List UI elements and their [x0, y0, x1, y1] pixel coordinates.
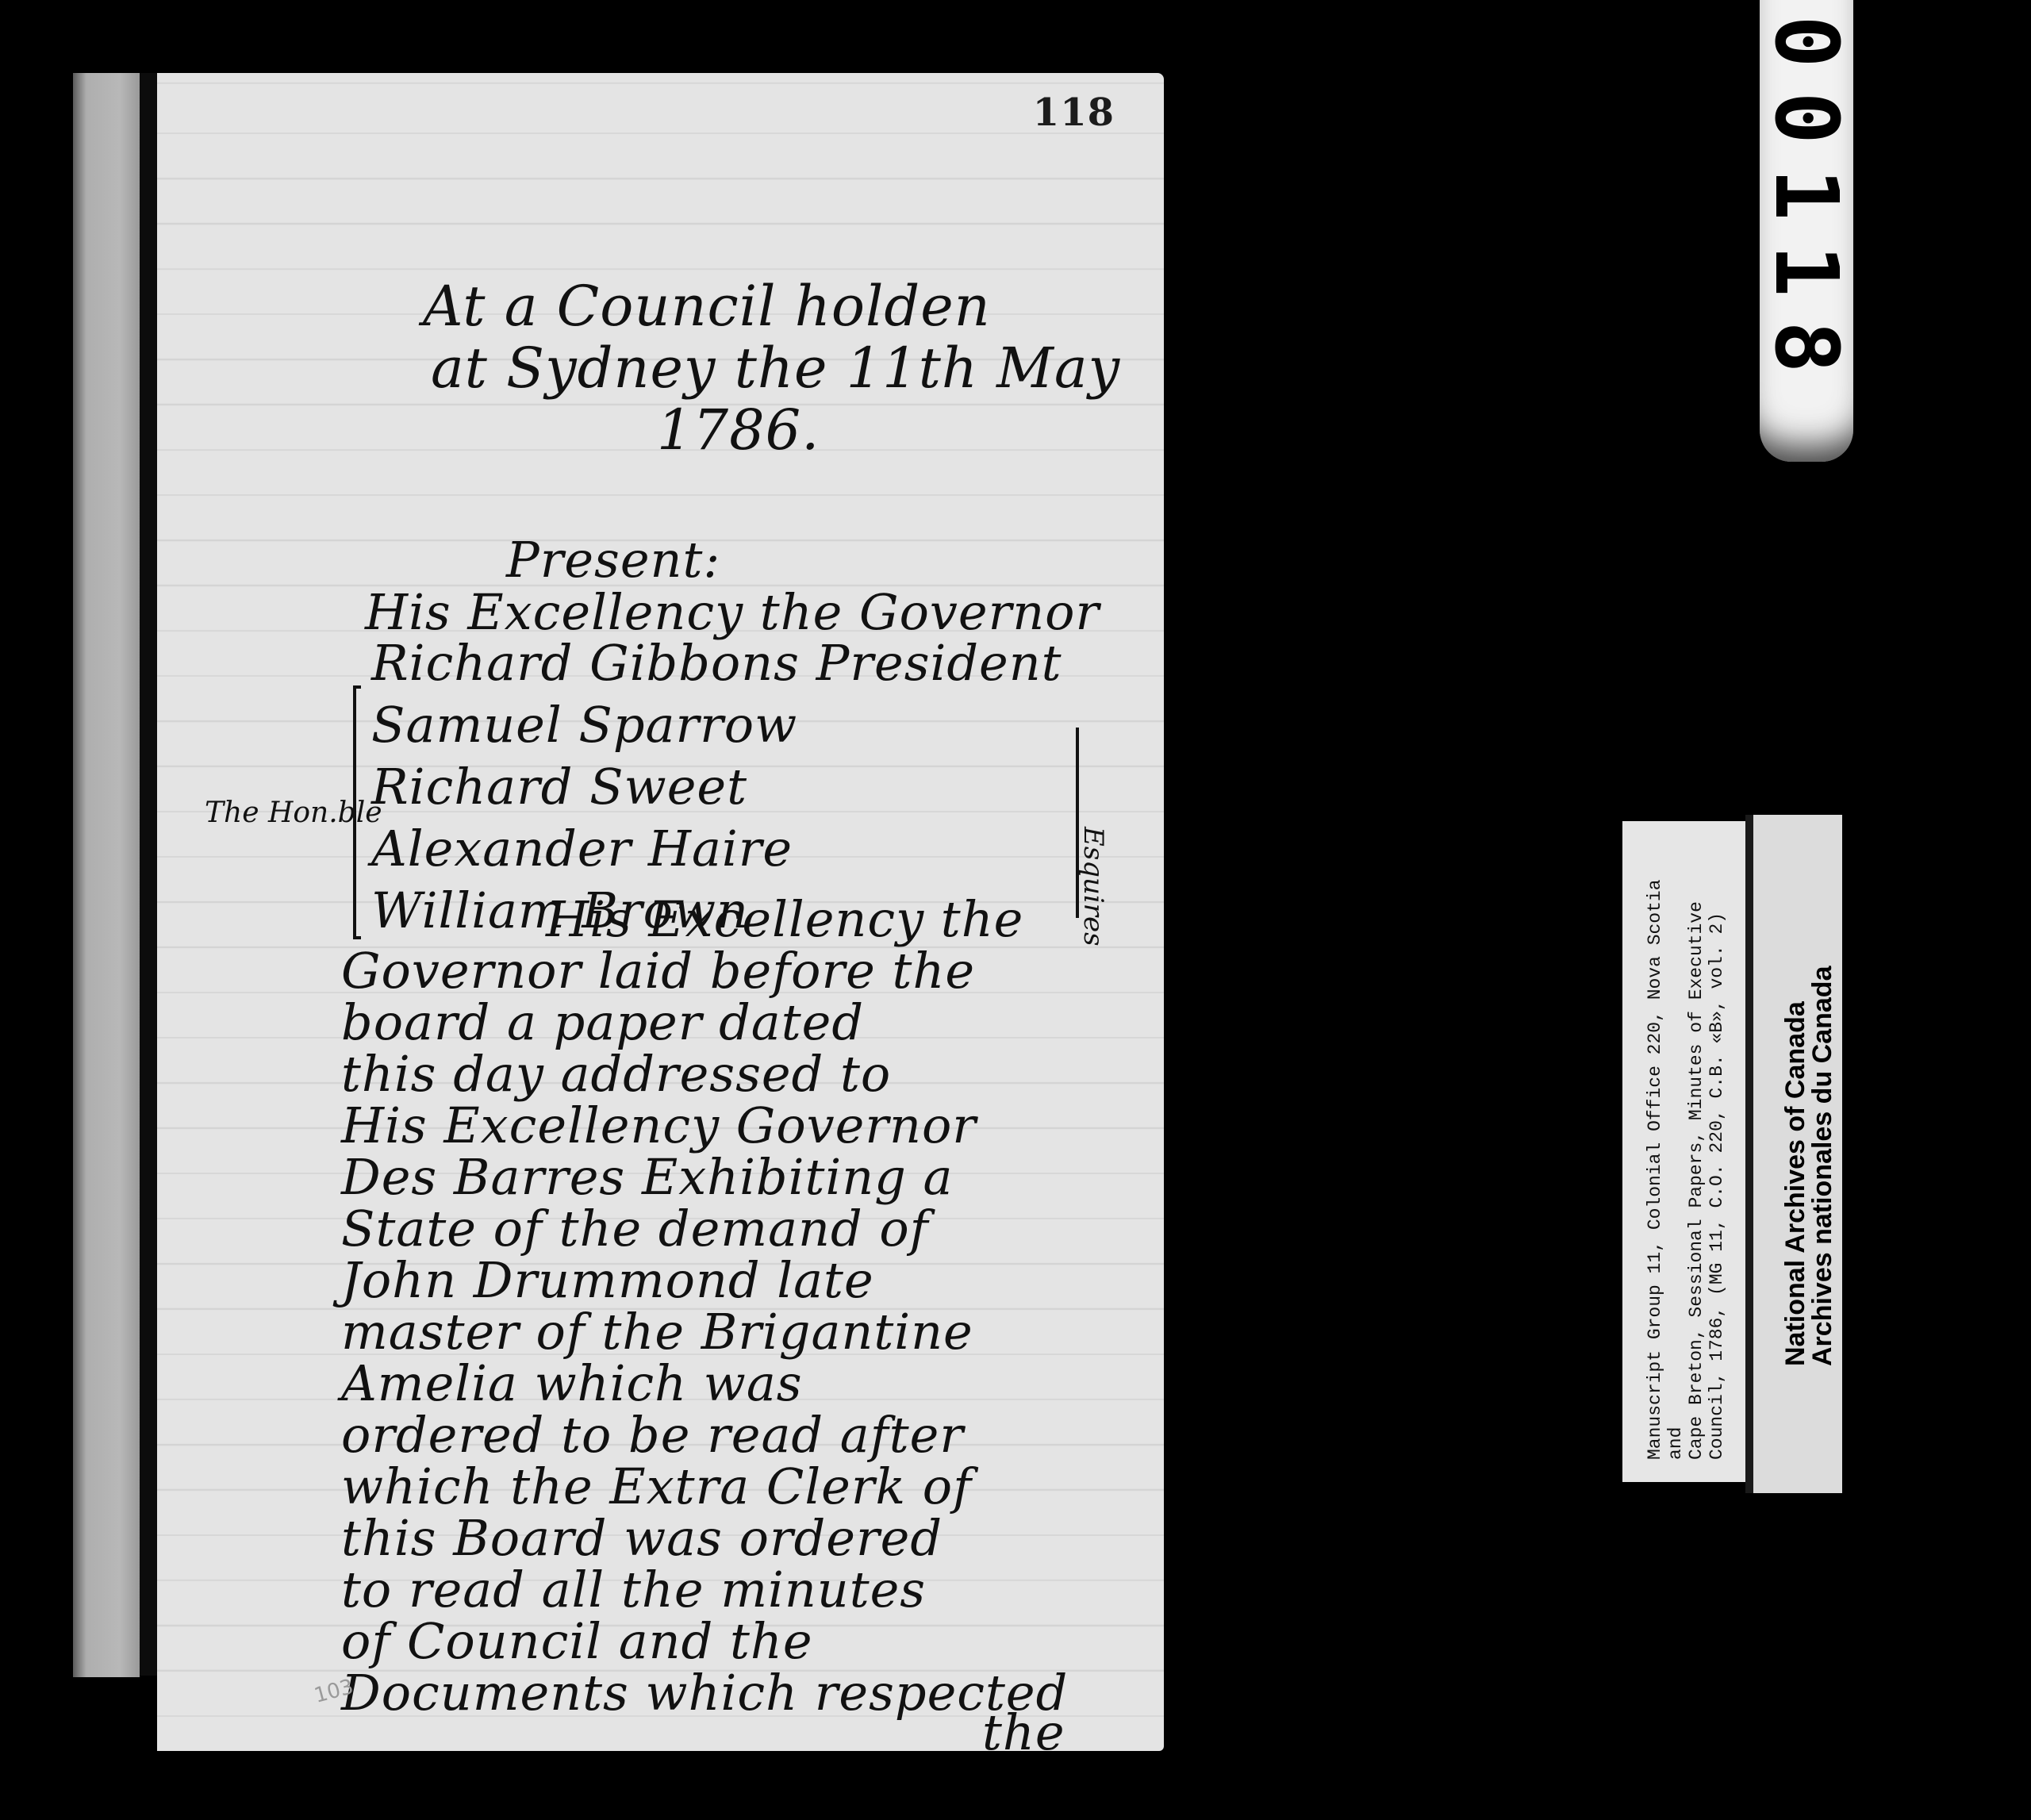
member-line: Samuel Sparrow [371, 700, 797, 751]
body-line: John Drummond late [341, 1255, 874, 1306]
body-line: His Excellency Governor [341, 1100, 977, 1151]
body-line: which the Extra Clerk of [341, 1461, 972, 1512]
body-line: His Excellency the [546, 894, 1023, 945]
body-line: this day addressed to [341, 1049, 891, 1100]
body-line: this Board was ordered [341, 1513, 943, 1564]
body-line: master of the Brigantine [341, 1307, 973, 1357]
heading-line-2: at Sydney the 11th May [431, 343, 1120, 394]
member-line: Alexander Haire [371, 824, 793, 874]
book-gutter [140, 73, 157, 1676]
governor-line: His Excellency the Governor [365, 587, 1100, 638]
member-line: Richard Gibbons President [371, 638, 1062, 689]
frame-number: 00118 [1756, 15, 1857, 397]
body-line: Documents which respected [341, 1668, 1068, 1718]
body-line: Governor laid before the [341, 946, 975, 996]
body-line: State of the demand of [341, 1204, 929, 1254]
body-line: the [982, 1707, 1065, 1751]
heading-line-1: At a Council holden [423, 281, 991, 332]
member-line: Richard Sweet [371, 762, 747, 812]
citation-line: Cape Breton, Sessional Papers, Minutes o… [1686, 842, 1707, 1460]
body-line: Des Barres Exhibiting a [341, 1152, 953, 1203]
citation-line: Council, 1786, (MG 11, C.O. 220, C.B. «B… [1707, 842, 1727, 1460]
body-line: ordered to be read after [341, 1410, 964, 1461]
book-fold-edge [73, 73, 140, 1677]
archives-label: National Archives of Canada Archives nat… [1753, 815, 1842, 1493]
label-seam [1745, 815, 1753, 1493]
body-line: to read all the minutes [341, 1565, 926, 1615]
archives-name-fr: Archives nationales du Canada [1809, 815, 1836, 1366]
heading-line-3: 1786. [657, 405, 820, 455]
esquires-note: Esquires [1077, 827, 1109, 946]
left-brace [353, 685, 364, 939]
present-label: Present: [506, 535, 720, 586]
frame-counter-strip: 00118 [1760, 0, 1853, 462]
body-line: board a paper dated [341, 997, 864, 1048]
manuscript-page: 118 At a Council holden at Sydney the 11… [157, 73, 1164, 1751]
citation-label: Manuscript Group 11, Colonial Office 220… [1622, 821, 1745, 1482]
body-line: of Council and the [341, 1616, 813, 1667]
archives-name-en: National Archives of Canada [1782, 815, 1809, 1366]
body-line: Amelia which was [341, 1358, 803, 1409]
citation-line: Manuscript Group 11, Colonial Office 220… [1645, 842, 1686, 1460]
page-number: 118 [1033, 90, 1115, 135]
